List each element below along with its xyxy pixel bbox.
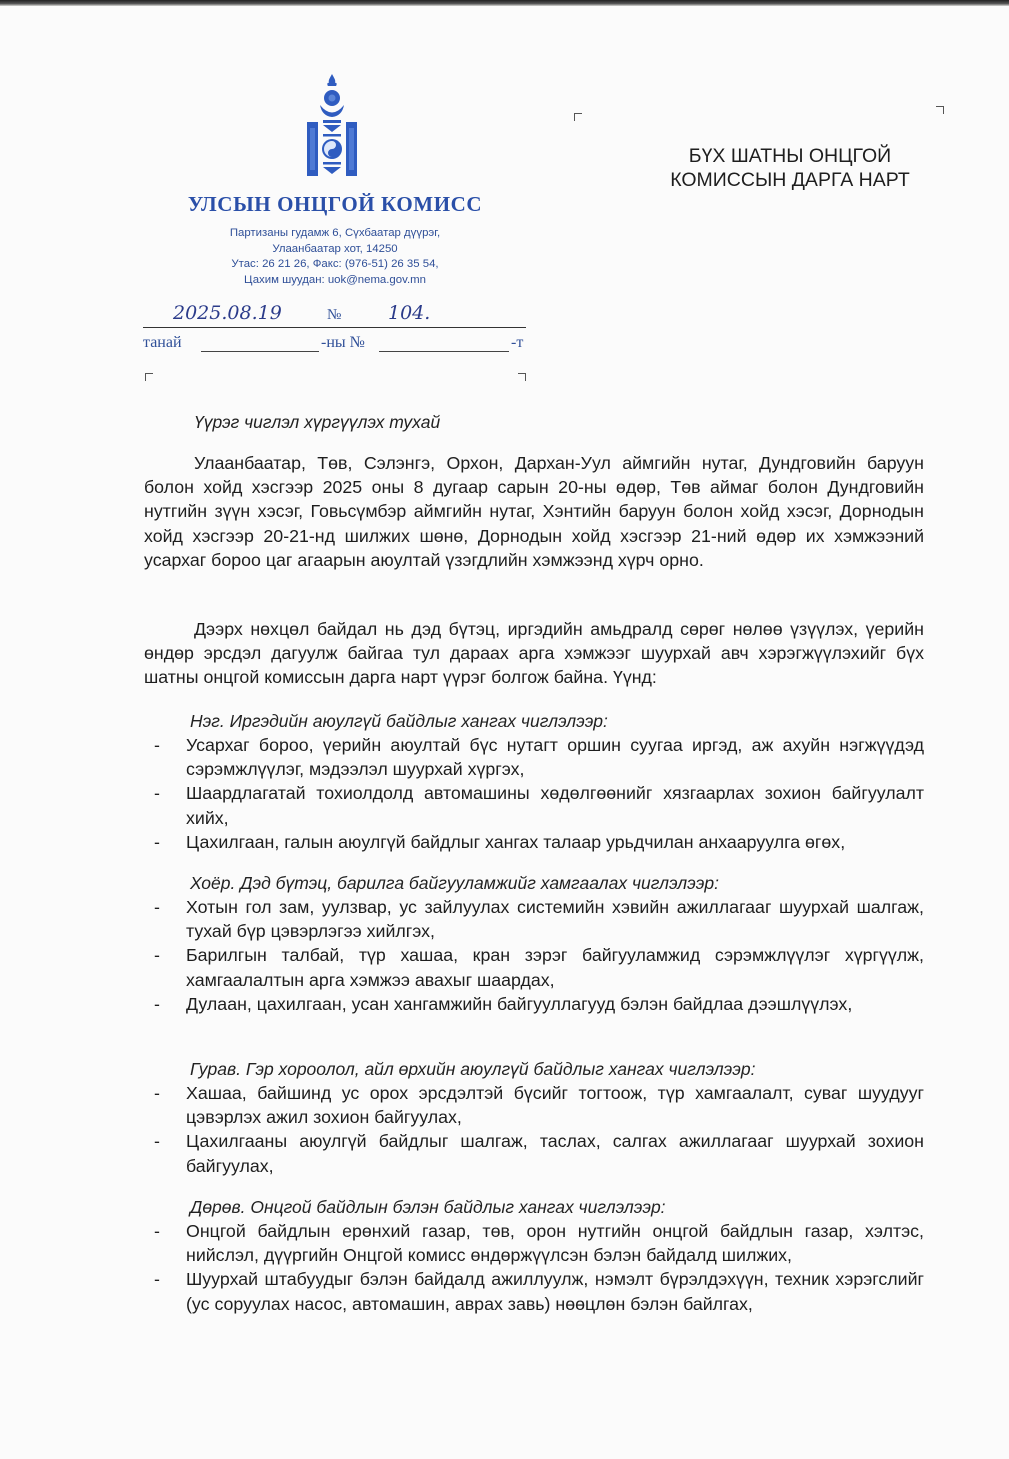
section-title: Хоёр. Дэд бүтэц, барилга байгууламжийг х… bbox=[144, 871, 924, 895]
email-line: Цахим шуудан: uok@nema.gov.mn bbox=[170, 273, 500, 289]
ref-date-blank bbox=[201, 351, 319, 352]
bullet-dash: - bbox=[154, 1219, 160, 1243]
section-title: Дөрөв. Онцгой байдлын бэлэн байдлыг ханг… bbox=[144, 1195, 924, 1219]
date-number-row: 2025.08.19 № 104. bbox=[143, 302, 526, 328]
list-item: -Хашаа, байшинд ус орох эрсдэлтэй бүсийг… bbox=[144, 1081, 924, 1129]
section-four: Дөрөв. Онцгой байдлын бэлэн байдлыг ханг… bbox=[144, 1195, 924, 1316]
bullet-dash: - bbox=[154, 781, 160, 805]
corner-mark bbox=[518, 373, 526, 381]
paragraph-text: Дээрх нөхцөл байдал нь дэд бүтэц, иргэди… bbox=[144, 617, 924, 690]
bullet-list: -Усархаг бороо, үерийн аюултай бүс нутаг… bbox=[144, 733, 924, 854]
bullet-list: -Хотын гол зам, уулзвар, ус зайлуулах си… bbox=[144, 895, 924, 1016]
list-item: -Барилгын талбай, түр хашаа, кран зэрэг … bbox=[144, 943, 924, 991]
address-line: Улаанбаатар хот, 14250 bbox=[170, 242, 500, 258]
organization-name: УЛСЫН ОНЦГОЙ КОМИСС bbox=[150, 192, 520, 217]
list-item: -Дулаан, цахилгаан, усан хангамжийн байг… bbox=[144, 992, 924, 1016]
letter-number: 104. bbox=[388, 302, 430, 324]
list-item: -Усархаг бороо, үерийн аюултай бүс нутаг… bbox=[144, 733, 924, 781]
ref-middle: -ны № bbox=[321, 334, 365, 352]
section-title: Гурав. Гэр хороолол, айл өрхийн аюулгүй … bbox=[144, 1057, 924, 1081]
letter-date: 2025.08.19 bbox=[173, 302, 282, 324]
bullet-dash: - bbox=[154, 1081, 160, 1105]
ref-number-blank bbox=[379, 351, 509, 352]
ref-suffix: -т bbox=[511, 334, 523, 352]
section-three: Гурав. Гэр хороолол, айл өрхийн аюулгүй … bbox=[144, 1057, 924, 1178]
list-item: -Шуурхай штабуудыг бэлэн байдалд ажиллуу… bbox=[144, 1267, 924, 1315]
section-two: Хоёр. Дэд бүтэц, барилга байгууламжийг х… bbox=[144, 871, 924, 1016]
section-title: Нэг. Иргэдийн аюулгүй байдлыг хангах чиг… bbox=[144, 709, 924, 733]
addressee-line: КОМИССЫН ДАРГА НАРТ bbox=[650, 168, 930, 192]
bullet-dash: - bbox=[154, 943, 160, 967]
letter-page: УЛСЫН ОНЦГОЙ КОМИСС Партизаны гудамж 6, … bbox=[0, 6, 1009, 1459]
bullet-dash: - bbox=[154, 830, 160, 854]
bullet-dash: - bbox=[154, 1267, 160, 1291]
organization-address: Партизаны гудамж 6, Сүхбаатар дүүрэг, Ул… bbox=[170, 226, 500, 288]
date-underline bbox=[143, 327, 526, 328]
bullet-dash: - bbox=[154, 895, 160, 919]
corner-mark bbox=[574, 113, 582, 121]
section-one: Нэг. Иргэдийн аюулгүй байдлыг хангах чиг… bbox=[144, 709, 924, 854]
bullet-dash: - bbox=[154, 1129, 160, 1153]
list-item: -Онцгой байдлын ерөнхий газар, төв, орон… bbox=[144, 1219, 924, 1267]
paragraph-text: Улаанбаатар, Төв, Сэлэнгэ, Орхон, Дархан… bbox=[144, 451, 924, 572]
reference-row: танай -ны № -т bbox=[143, 334, 526, 356]
body-paragraph: Дээрх нөхцөл байдал нь дэд бүтэц, иргэди… bbox=[144, 617, 924, 690]
list-item: -Цахилгаан, галын аюулгүй байдлыг хангах… bbox=[144, 830, 924, 854]
addressee: БҮХ ШАТНЫ ОНЦГОЙ КОМИССЫН ДАРГА НАРТ bbox=[650, 144, 930, 192]
bullet-dash: - bbox=[154, 733, 160, 757]
bullet-list: -Онцгой байдлын ерөнхий газар, төв, орон… bbox=[144, 1219, 924, 1316]
phone-fax-line: Утас: 26 21 26, Факс: (976-51) 26 35 54, bbox=[170, 257, 500, 273]
bullet-list: -Хашаа, байшинд ус орох эрсдэлтэй бүсийг… bbox=[144, 1081, 924, 1178]
list-item: -Хотын гол зам, уулзвар, ус зайлуулах си… bbox=[144, 895, 924, 943]
body-paragraph: Улаанбаатар, Төв, Сэлэнгэ, Орхон, Дархан… bbox=[144, 451, 924, 572]
list-item: -Шаардлагатай тохиолдолд автомашины хөдө… bbox=[144, 781, 924, 829]
corner-mark bbox=[145, 373, 153, 381]
ref-prefix: танай bbox=[143, 334, 182, 352]
letter-subject: Үүрэг чиглэл хүргүүлэх тухай bbox=[194, 412, 440, 433]
number-label: № bbox=[325, 307, 343, 324]
soyombo-emblem-icon bbox=[303, 72, 361, 178]
corner-mark bbox=[936, 106, 944, 114]
address-line: Партизаны гудамж 6, Сүхбаатар дүүрэг, bbox=[170, 226, 500, 242]
list-item: -Цахилгааны аюулгүй байдлыг шалгаж, тасл… bbox=[144, 1129, 924, 1177]
addressee-line: БҮХ ШАТНЫ ОНЦГОЙ bbox=[650, 144, 930, 168]
bullet-dash: - bbox=[154, 992, 160, 1016]
